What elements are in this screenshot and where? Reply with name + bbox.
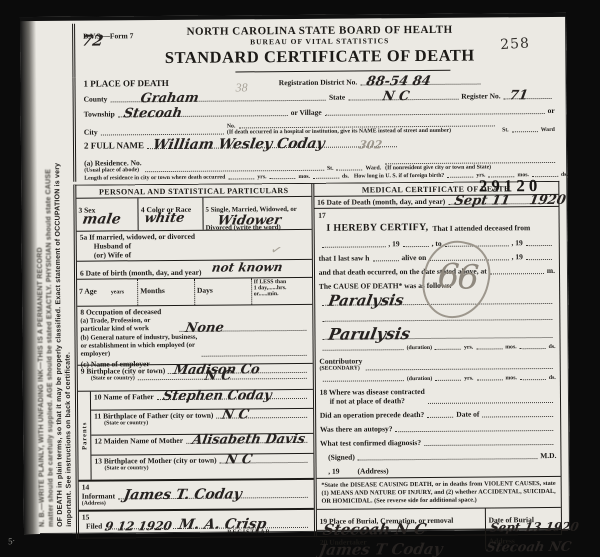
certify-rest: That I attended deceased from — [432, 223, 530, 233]
cause-field-2: Parulysis — [322, 333, 552, 340]
full-name-label: 2 FULL NAME — [84, 140, 144, 150]
contributory-field — [365, 364, 552, 370]
occupation-b-field — [202, 351, 307, 357]
parents-label: Parents — [81, 422, 88, 450]
test-label: What test confirmed diagnosis? — [320, 438, 421, 448]
foreign-birth-label: How long in U. S. if of foreign birth? — [354, 173, 444, 180]
contributory-label: Contributory — [319, 356, 362, 365]
duration-ds-2: ds. — [549, 375, 556, 381]
township-field: Stecoah — [118, 111, 288, 117]
length-yrs-label: yrs. — [257, 174, 266, 180]
row-father-birthplace: 11 Birthplace of Father (city or town) N… — [91, 408, 313, 435]
township-label: Township — [84, 109, 115, 118]
duration-mos-1: mos. — [505, 344, 516, 350]
hospital-note-wrap: No. (If death occurred in a hospital or … — [227, 121, 498, 135]
lastsaw-label: that I last saw h — [319, 253, 370, 262]
row-sex-race-marital: 3 Sex male 4 Color or Race white 5 Singl… — [76, 197, 311, 231]
filed-date-field: 9 12 1920 — [105, 524, 167, 529]
length-yrs-field — [228, 174, 254, 179]
mother-field: Alisabeth Davis — [186, 438, 307, 444]
from-year19: , 19 — [388, 239, 399, 248]
parents-body: 10 Name of Father Stephen Coday 11 Birth… — [90, 390, 313, 480]
hospital-note: (If death occurred in a hospital or inst… — [227, 127, 498, 135]
operation-label: Did an operation precede death? — [320, 410, 425, 420]
duration-line-1: (duration) yrs. mos. ds. — [319, 344, 555, 352]
occupation-b-label: (b) General nature of industry, business… — [80, 334, 198, 359]
secondary-label: (SECONDARY) — [319, 365, 362, 371]
age-months-cell: Months — [137, 279, 194, 305]
from-year-field — [403, 242, 429, 247]
where-contracted-line: 18 Where was disease contracted if not a… — [320, 386, 556, 406]
or-word: or — [548, 106, 555, 115]
where-field — [428, 398, 553, 404]
date-of-death-value: Sept 11 — [453, 194, 511, 207]
duration-label-2: (duration) — [407, 376, 432, 382]
occupation-label: 8 Occupation of deceased — [80, 306, 309, 317]
row-age: 7 Age years 72 Months Days If LESS than … — [77, 277, 312, 306]
age-years-label: years — [111, 289, 124, 295]
date-of-death-field: Sept 11 1920 — [448, 199, 552, 205]
city-label: City — [84, 128, 98, 137]
undertaker-cell: 20 Undertaker James T Coday — [317, 530, 485, 551]
foreign-ds-field — [532, 172, 558, 177]
city-ward-label: Ward — [541, 127, 555, 133]
mother-bp-sub: (State or country) — [105, 464, 311, 472]
registration-district-field: 88-54 84 — [360, 80, 480, 86]
row-5a: 5a If married, widowed, or divorced Husb… — [77, 229, 312, 261]
duration-yrs-field-1 — [435, 345, 461, 350]
registrar-sig-field: M. A. Crisp — [173, 523, 307, 529]
row-father: 10 Name of Father Stephen Coday — [91, 390, 313, 410]
length-ds-label: ds. — [342, 174, 349, 180]
registrar-signature: M. A. Crisp — [178, 517, 268, 532]
pencil-cause-code: 66 — [436, 256, 478, 298]
register-no-field: 71 — [504, 94, 552, 99]
length-label: Length of residence in city or town wher… — [84, 175, 225, 182]
county-label: County — [84, 94, 108, 103]
occupation-a-label: (a) Trade, Profession, or particular kin… — [80, 317, 176, 334]
row-filed: 15 Filed 9 12 1920 M. A. Crisp REGISTRAR — [79, 508, 314, 538]
occupation-a-field: None — [179, 326, 306, 332]
date-of-label: Date of — [456, 410, 479, 419]
parents-group: Parents 10 Name of Father Stephen Coday — [78, 389, 313, 480]
operation-field — [427, 413, 453, 418]
register-no-label: Register No. — [461, 91, 501, 100]
cause-line-2: Parulysis — [319, 333, 555, 341]
residence-st-label: St. — [327, 166, 334, 172]
state-field: N C — [348, 95, 458, 101]
age-value: 72 — [81, 33, 104, 48]
row-mother-birthplace: 13 Birthplace of Mother (city or town) N… — [91, 453, 313, 480]
abode-note: (Usual place of abode) — [84, 167, 142, 173]
mother-bp-label: 13 Birthplace of Mother (city or town) — [94, 456, 216, 466]
form-header: B.V.S.—Form 7 NORTH CAROLINA STATE BOARD… — [72, 20, 558, 78]
from-date-field — [321, 242, 385, 248]
informant-value: James T. Coday — [123, 488, 243, 503]
registration-district-label: Registration District No. — [279, 78, 358, 88]
father-label: 10 Name of Father — [94, 392, 154, 401]
duration-yrs-2: yrs. — [464, 376, 473, 382]
signed-label: (Signed) — [328, 453, 355, 462]
city-st-field — [512, 127, 538, 132]
row-township-village: Township Stecoah or Village or — [84, 106, 555, 119]
certify-num: 17 — [318, 209, 554, 220]
age-days-cell: Days — [194, 278, 251, 304]
city-st-label: St. — [502, 127, 509, 133]
particulars-and-medical-columns: PERSONAL AND STATISTICAL PARTICULARS 3 S… — [73, 181, 562, 539]
row-county-state-register: County Graham State N C Register No. 71 — [84, 91, 555, 104]
birthplace-sub: (State or country) — [91, 375, 135, 381]
corner-pencil-mark: 5· — [7, 535, 15, 546]
duration-yrs-1: yrs. — [464, 345, 473, 351]
occurred-m-label: m. — [547, 266, 555, 275]
filed-label: Filed — [86, 522, 102, 531]
state-value: N C — [381, 90, 410, 103]
medical-column: MEDICAL CERTIFICATE OF DEATH 16 Date of … — [314, 182, 561, 536]
county-field: Graham — [110, 96, 326, 103]
row-full-name: 2 FULL NAME William Wesley Coday 302 — [84, 137, 555, 151]
contributory-line: Contributory (SECONDARY) — [319, 355, 555, 372]
footnote: *State the DISEASE CAUSING DEATH, or in … — [316, 476, 561, 509]
pencil-district-code: 38 — [235, 80, 247, 95]
marital-cell: 5 Single, Married, Widowed, or Divorced … — [202, 197, 311, 230]
residence-ward-label: Ward. — [366, 165, 382, 171]
foreign-yrs-field — [447, 173, 473, 178]
autopsy-line: Was there an autopsy? — [320, 423, 556, 434]
title-underline — [235, 70, 450, 73]
state-label: State — [329, 93, 345, 102]
row-city: City No. (If death occurred in a hospita… — [84, 121, 555, 137]
birthplace-state-field: N C — [138, 374, 307, 380]
alive-year19: , 19 — [512, 252, 523, 261]
cause-line-blank — [319, 315, 555, 323]
row-residence: (a) Residence. No. (Usual place of abode… — [84, 155, 555, 174]
mother-bp-field: N C — [220, 458, 308, 464]
alive-label: alive on — [401, 253, 426, 262]
row-place-of-death: 1 PLACE OF DEATH Registration District N… — [83, 75, 554, 89]
alive-year-field — [526, 255, 552, 260]
to-year-field — [526, 241, 552, 246]
mother-value: Alisabeth Davis — [191, 433, 306, 447]
filed-date-value: 9 12 1920 — [104, 520, 173, 533]
father-bp-value: N C — [221, 408, 250, 421]
signed-line: (Signed) M.D. — [320, 451, 556, 462]
duration-line-2: (duration) yrs. mos. ds. — [320, 375, 556, 383]
certify-bold: I HEREBY CERTIFY, — [326, 222, 428, 234]
father-value: Stephen Coday — [162, 389, 273, 403]
register-no-value: 71 — [509, 89, 529, 102]
length-mos-label: mos. — [299, 174, 310, 180]
addr-19: , 19 — [328, 467, 339, 476]
dob-label: 6 Date of birth (month, day, and year) — [80, 268, 202, 278]
row-date-of-death: 16 Date of Death (month, day, and year) … — [314, 195, 558, 209]
certificate-form: B.V.S.—Form 7 NORTH CAROLINA STATE BOARD… — [72, 20, 562, 528]
township-value: Stecoah — [123, 107, 183, 120]
undertaker-address-cell: Address Stecoah NC — [485, 529, 562, 550]
address-label: (Address) — [357, 466, 388, 475]
margin-instructions: N. B.—WRITE PLAINLY, WITH UNFADING INK—T… — [34, 27, 74, 527]
lastsaw-h-field — [372, 256, 398, 261]
duration-yrs-field-2 — [435, 376, 461, 381]
to-year19: , 19 — [511, 238, 522, 247]
test-line: What test confirmed diagnosis? — [320, 437, 556, 448]
md-label: M.D. — [540, 451, 556, 460]
pencil-name-code: 302 — [358, 139, 383, 150]
age-less-3: or......min. — [254, 291, 310, 297]
full-name-value: William Wesley Coday — [152, 137, 326, 152]
length-mos-field — [270, 174, 296, 179]
row-occupation: 8 Occupation of deceased (a) Trade, Prof… — [77, 304, 312, 365]
row-informant: 14 Informant James T. Coday (Address) — [79, 478, 314, 510]
cause-field-blank — [322, 315, 552, 322]
test-field — [424, 440, 553, 446]
foreign-mos-field — [488, 172, 514, 177]
address-line: , 19 (Address) — [320, 465, 556, 476]
age-cell: 7 Age years 72 — [77, 279, 137, 305]
parents-strip: Parents — [78, 392, 91, 480]
burial-date-cell: Date of Burial Sept 13 1920 — [484, 508, 561, 529]
date-of-death-year: 1920 — [528, 194, 566, 207]
certificate-title: STANDARD CERTIFICATE OF DEATH — [81, 45, 558, 69]
duration-ds-field-2 — [520, 375, 546, 380]
race-cell: 4 Color or Race white — [138, 198, 203, 231]
full-name-field: William Wesley Coday 302 — [147, 142, 397, 149]
operation-line: Did an operation precede death? Date of — [320, 409, 556, 420]
mother-label: 12 Maiden Name of Mother — [94, 436, 183, 446]
where-label-2: if not at place of death? — [320, 396, 425, 406]
date-of-death-label: 16 Date of Death (month, day, and year) — [317, 197, 445, 207]
city-field — [101, 130, 224, 136]
duration-label-1: (duration) — [407, 345, 432, 351]
nonresident-note: (If nonresident give city or town and St… — [385, 164, 555, 171]
father-field: Stephen Coday — [157, 394, 307, 400]
age-days-label: Days — [197, 286, 213, 295]
age-less-cell: If LESS than 1 day,......hrs. or......mi… — [251, 278, 312, 304]
race-value: white — [144, 212, 186, 225]
father-bp-field: N C — [216, 413, 306, 419]
row-undertaker: 20 Undertaker James T Coday Address Stec… — [317, 528, 561, 551]
father-bp-label: 11 Birthplace of Father (city or town) — [94, 411, 213, 421]
duration-mos-2: mos. — [505, 375, 516, 381]
village-field — [325, 109, 545, 116]
place-of-death-label: 1 PLACE OF DEATH — [83, 78, 168, 89]
row-burial: 19 Place of Burial, Cremation, or remova… — [317, 507, 561, 530]
duration-ds-1: ds. — [549, 344, 556, 350]
cause-value-2: Parulysis — [327, 326, 411, 343]
undertaker-value: James T Coday — [318, 542, 444, 557]
duration-mos-field-2 — [476, 375, 502, 380]
registration-district-value: 88-54 84 — [365, 75, 431, 89]
birthplace-state-value: N C — [204, 369, 233, 382]
county-value: Graham — [139, 92, 199, 105]
row-birthplace: 9 Birthplace (city or town) Madison Co (… — [78, 363, 313, 391]
age-months-label: Months — [140, 286, 165, 295]
informant-label: Informant — [82, 492, 115, 501]
undertaker-address-value: Stecoah NC — [485, 541, 572, 555]
mother-bp-value: N C — [225, 453, 254, 466]
father-bp-sub: (State or country) — [104, 419, 310, 427]
sex-value: male — [81, 212, 121, 226]
row-date-of-birth: 6 Date of birth (month, day, and year) n… — [77, 259, 312, 279]
place-and-name-section: 38 29120 1 PLACE OF DEATH Registration D… — [72, 74, 559, 182]
duration-ds-field-1 — [520, 344, 546, 349]
dob-value: not known — [211, 261, 284, 274]
cause-value-1: Paralysis — [327, 293, 405, 309]
duration-mos-field-1 — [476, 344, 502, 349]
marital-value: Widower — [216, 214, 282, 228]
residence-label: (a) Residence. No. — [84, 158, 142, 167]
scanned-certificate-paper: N. B.—WRITE PLAINLY, WITH UNFADING INK—T… — [20, 13, 570, 534]
certify-block: 17 I HEREBY CERTIFY, That I attended dec… — [314, 207, 560, 478]
operation-date-field — [482, 412, 553, 418]
age-label: 7 Age — [79, 287, 97, 296]
duration-lead-1 — [322, 345, 403, 351]
residence-st-field — [337, 165, 363, 170]
burial-cell: 19 Place of Burial, Cremation, or remova… — [317, 509, 485, 530]
foreign-ds-label: ds. — [561, 172, 568, 178]
personal-column: PERSONAL AND STATISTICAL PARTICULARS 3 S… — [76, 184, 316, 538]
occurred-time-field — [490, 269, 544, 274]
autopsy-label: Was there an autopsy? — [320, 424, 393, 434]
signed-field — [358, 454, 537, 460]
village-label: or Village — [291, 108, 322, 117]
length-ds-field — [313, 174, 339, 179]
duration-lead-2 — [323, 376, 404, 382]
row-mother: 12 Maiden Name of Mother Alisabeth Davis — [91, 433, 313, 455]
page-stamp: 258 — [500, 35, 531, 53]
occupation-a-value: None — [184, 321, 224, 334]
autopsy-field — [396, 426, 554, 432]
sex-cell: 3 Sex male — [76, 198, 138, 230]
residence-no-field — [145, 166, 324, 172]
